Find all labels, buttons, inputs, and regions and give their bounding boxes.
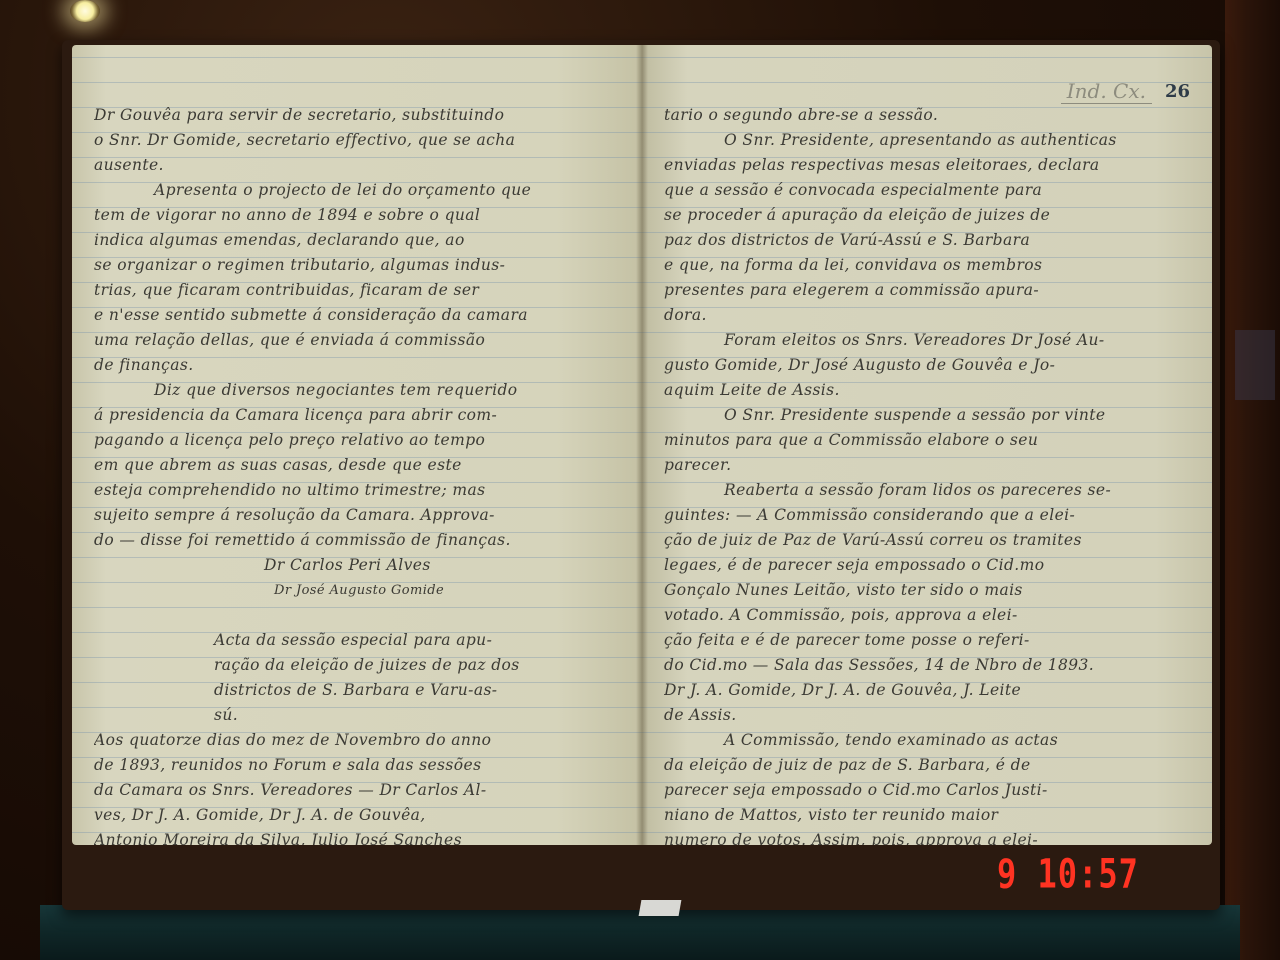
text-line: e n'esse sentido submette á consideração… — [94, 303, 624, 328]
display-case-background — [1225, 0, 1280, 960]
lamp-glare — [70, 0, 100, 22]
text-line: de 1893, reunidos no Forum e sala das se… — [94, 753, 624, 778]
text-line: ves, Dr J. A. Gomide, Dr J. A. de Gouvêa… — [94, 803, 624, 828]
text-line: da eleição de juiz de paz de S. Barbara,… — [664, 753, 1194, 778]
text-line: aquim Leite de Assis. — [664, 378, 1194, 403]
text-line: da Camara os Snrs. Vereadores — Dr Carlo… — [94, 778, 624, 803]
text-line: niano de Mattos, visto ter reunido maior — [664, 803, 1194, 828]
text-line: enviadas pelas respectivas mesas eleitor… — [664, 153, 1194, 178]
text-line: numero de votos. Assim, pois, approva a … — [664, 828, 1194, 845]
text-line: A Commissão, tendo examinado as actas — [664, 728, 1194, 753]
text-line: trias, que ficaram contribuidas, ficaram… — [94, 278, 624, 303]
text-line: Reaberta a sessão foram lidos os parecer… — [664, 478, 1194, 503]
text-line: presentes para elegerem a commissão apur… — [664, 278, 1194, 303]
text-line: se proceder á apuração da eleição de jui… — [664, 203, 1194, 228]
text-line: que a sessão é convocada especialmente p… — [664, 178, 1194, 203]
text-line: minutos para que a Commissão elabore o s… — [664, 428, 1194, 453]
blank-line — [94, 603, 624, 628]
text-line: Gonçalo Nunes Leitão, visto ter sido o m… — [664, 578, 1194, 603]
page-number: 26 — [1165, 81, 1190, 102]
text-line: esteja comprehendido no ultimo trimestre… — [94, 478, 624, 503]
right-page: Ind. Cx. 26 tario o segundo abre-se a se… — [642, 45, 1212, 845]
left-page-text: Dr Gouvêa para servir de secretario, sub… — [94, 103, 624, 845]
text-line: guintes: — A Commissão considerando que … — [664, 503, 1194, 528]
text-line: sujeito sempre á resolução da Camara. Ap… — [94, 503, 624, 528]
text-line: á presidencia da Camara licença para abr… — [94, 403, 624, 428]
text-line: de Assis. — [664, 703, 1194, 728]
text-line: O Snr. Presidente suspende a sessão por … — [664, 403, 1194, 428]
text-line: se organizar o regimen tributario, algum… — [94, 253, 624, 278]
section-title: districtos de S. Barbara e Varu-as- — [94, 678, 624, 703]
text-line: pagando a licença pelo preço relativo ao… — [94, 428, 624, 453]
text-line: paz dos districtos de Varú-Assú e S. Bar… — [664, 228, 1194, 253]
camera-timestamp: 9 10:57 — [997, 850, 1139, 898]
pencil-note: Ind. Cx. — [1061, 79, 1152, 104]
text-line: Apresenta o projecto de lei do orçamento… — [94, 178, 624, 203]
text-line: Antonio Moreira da Silva, Julio José San… — [94, 828, 624, 845]
section-title: sú. — [94, 703, 624, 728]
text-line: e que, na forma da lei, convidava os mem… — [664, 253, 1194, 278]
text-line: uma relação dellas, que é enviada á comm… — [94, 328, 624, 353]
text-line: votado. A Commissão, pois, approva a ele… — [664, 603, 1194, 628]
text-line: o Snr. Dr Gomide, secretario effectivo, … — [94, 128, 624, 153]
text-line: parecer. — [664, 453, 1194, 478]
text-line: tem de vigorar no anno de 1894 e sobre o… — [94, 203, 624, 228]
text-line: ausente. — [94, 153, 624, 178]
signature: Dr José Augusto Gomide — [94, 578, 624, 603]
text-line: tario o segundo abre-se a sessão. — [664, 103, 1194, 128]
signature: Dr Carlos Peri Alves — [94, 553, 624, 578]
text-line: de finanças. — [94, 353, 624, 378]
right-page-text: tario o segundo abre-se a sessão. O Snr.… — [664, 103, 1194, 845]
book-gutter — [636, 45, 648, 845]
text-line: O Snr. Presidente, apresentando as authe… — [664, 128, 1194, 153]
section-title: ração da eleição de juizes de paz dos — [94, 653, 624, 678]
section-title: Acta da sessão especial para apu- — [94, 628, 624, 653]
text-line: Dr Gouvêa para servir de secretario, sub… — [94, 103, 624, 128]
text-line: ção feita e é de parecer tome posse o re… — [664, 628, 1194, 653]
text-line: do — disse foi remettido á commissão de … — [94, 528, 624, 553]
text-line: dora. — [664, 303, 1194, 328]
left-page: Dr Gouvêa para servir de secretario, sub… — [72, 45, 642, 845]
text-line: ção de juiz de Paz de Varú-Assú correu o… — [664, 528, 1194, 553]
text-line: parecer seja empossado o Cid.mo Carlos J… — [664, 778, 1194, 803]
text-line: gusto Gomide, Dr José Augusto de Gouvêa … — [664, 353, 1194, 378]
text-line: em que abrem as suas casas, desde que es… — [94, 453, 624, 478]
text-line: do Cid.mo — Sala das Sessões, 14 de Nbro… — [664, 653, 1194, 678]
text-line: indica algumas emendas, declarando que, … — [94, 228, 624, 253]
text-line: Foram eleitos os Snrs. Vereadores Dr Jos… — [664, 328, 1194, 353]
text-line: legaes, é de parecer seja empossado o Ci… — [664, 553, 1194, 578]
text-line: Aos quatorze dias do mez de Novembro do … — [94, 728, 624, 753]
text-line: Diz que diversos negociantes tem requeri… — [94, 378, 624, 403]
bookmark-tab — [639, 900, 682, 916]
text-line: Dr J. A. Gomide, Dr J. A. de Gouvêa, J. … — [664, 678, 1194, 703]
